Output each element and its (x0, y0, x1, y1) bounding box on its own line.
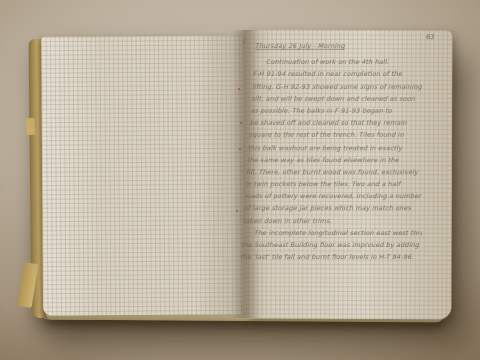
handwritten-line: this balk washout are being treated in e… (248, 142, 429, 154)
handwritten-line: lifting. G-H 92-93 showed some signs of … (252, 81, 433, 93)
left-page-blank-grid (41, 35, 245, 315)
stain-speck (236, 210, 238, 212)
entry-date-heading: Thursday 26 July - Morning (255, 40, 436, 52)
handwritten-line: in twin pockets below the tiles. Two and… (245, 178, 426, 190)
handwritten-line: be shaved off and cleaned so that they r… (250, 117, 431, 129)
stain-speck (239, 148, 241, 150)
handwritten-line: the same way as tiles found elsewhere in… (247, 154, 428, 166)
handwritten-line: square to the rest of the trench. Tiles … (249, 129, 430, 141)
stain-speck (238, 88, 240, 90)
handwritten-line: loads of pottery were recovered, includi… (244, 190, 425, 202)
handwritten-line: The incomplete longitudinal section east… (242, 227, 423, 239)
protruding-paper-tab (25, 118, 35, 136)
handwritten-line: of large storage jar pieces which may ma… (244, 202, 425, 214)
handwritten-line: as possible. The balks in F 91-93 began … (250, 105, 431, 117)
handwritten-line: taken down in other trims. (243, 215, 424, 227)
handwritten-line: silt, and will be swept down and cleaned… (251, 93, 432, 105)
handwritten-line: the 'last' tile fall and burnt floor lev… (240, 251, 421, 263)
handwritten-line: the Southeast Building floor was improve… (241, 239, 422, 251)
stain-speck (240, 122, 242, 124)
handwritten-line: F-H 91-94 resulted in near completion of… (253, 68, 434, 80)
notebook-photo: 63 Thursday 26 July - Morning Continuati… (0, 0, 480, 360)
handwritten-journal-entry: Thursday 26 July - Morning Continuation … (240, 40, 436, 263)
handwritten-line: fill. There, other burnt wood was found,… (246, 166, 427, 178)
handwritten-line: Continuation of work on the 4th hall. (254, 56, 435, 68)
